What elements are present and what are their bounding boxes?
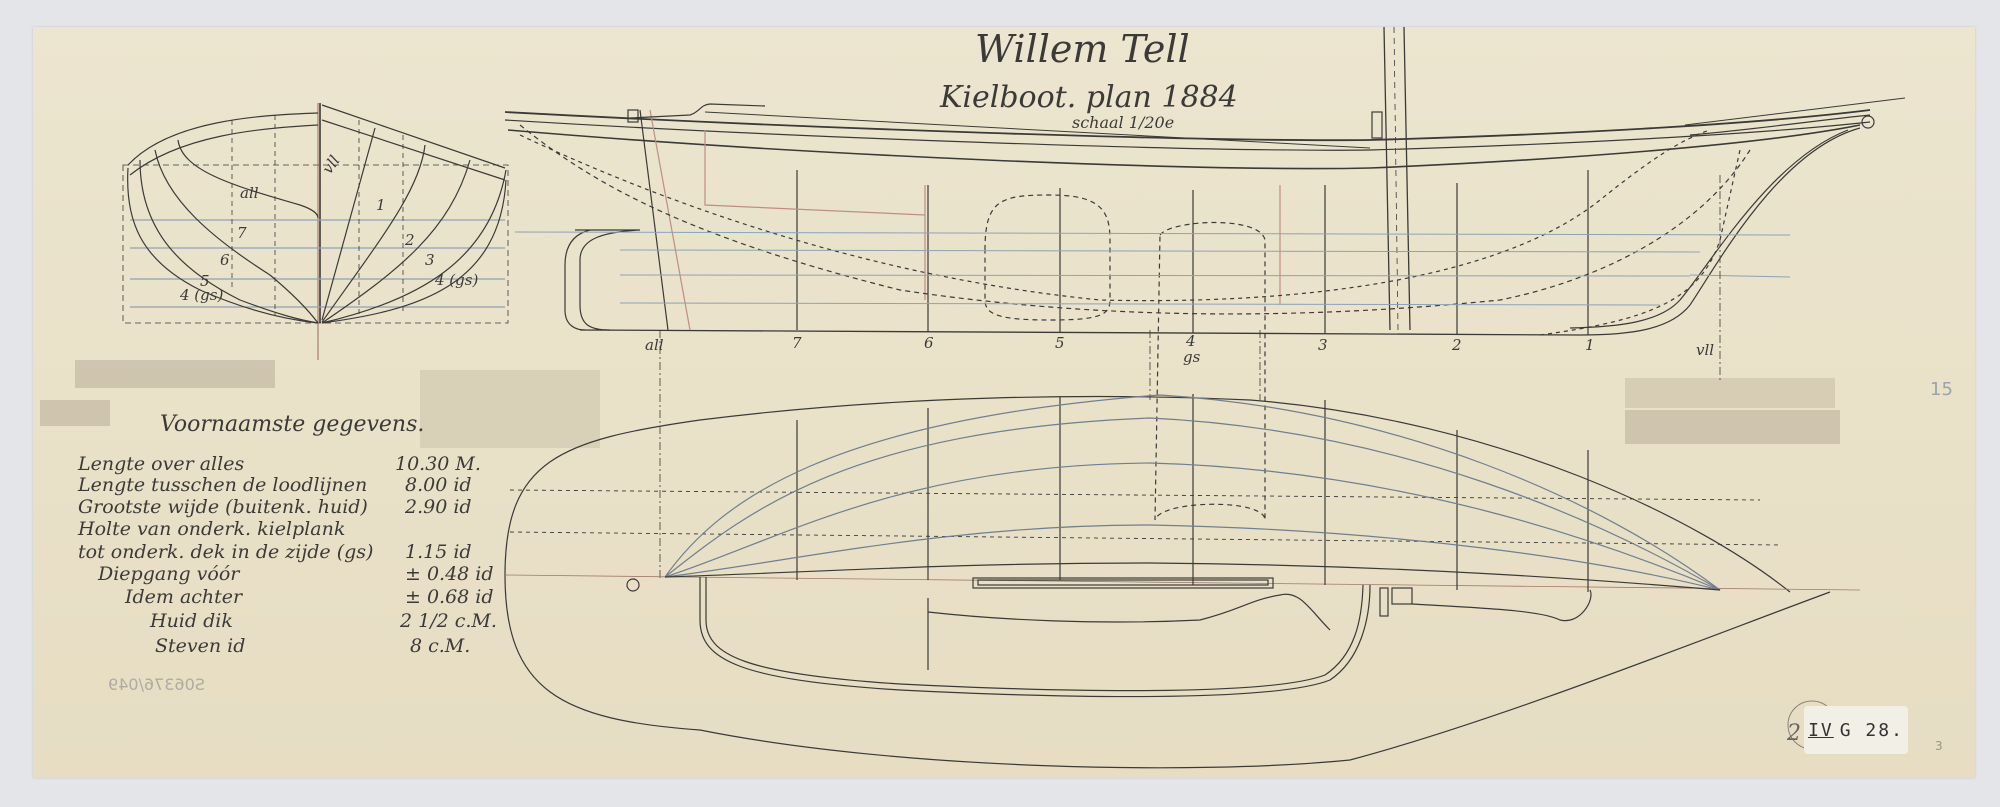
waterlines xyxy=(515,232,1790,305)
spec-label: Lengte over alles xyxy=(77,453,244,475)
spec-value: ± 0.68 id xyxy=(405,586,494,608)
catalog-label: IV G 28. xyxy=(1804,706,1908,754)
spec-label: Diepgang vóór xyxy=(97,563,241,585)
plan-title: Willem Tell xyxy=(975,27,1190,71)
station-label-5: 5 xyxy=(1055,334,1065,352)
spec-label: Idem achter xyxy=(124,586,244,608)
spec-label: Huid dik xyxy=(149,610,233,632)
plan-subtitle: Kielboot. plan 1884 xyxy=(939,80,1238,115)
body-plan xyxy=(123,103,508,360)
station-label-6: 6 xyxy=(924,334,934,352)
spec-label: tot onderk. dek in de zijde (gs) xyxy=(78,541,373,563)
specs-table: Lengte over alles 10.30 M. Lengte tussch… xyxy=(77,453,497,657)
station-label-2: 2 xyxy=(1451,336,1462,354)
body-label-7: 7 xyxy=(237,224,247,242)
body-label-2: 2 xyxy=(404,231,415,249)
station-label-7: 7 xyxy=(792,334,802,352)
specs-heading: Voornaamste gegevens. xyxy=(160,412,424,437)
body-label-1: 1 xyxy=(376,196,386,214)
catalog-roman: IV xyxy=(1808,720,1834,741)
plan-scale: schaal 1/20e xyxy=(1072,113,1174,132)
corner-number: 3 xyxy=(1935,739,1943,753)
station-label-1: 1 xyxy=(1585,336,1595,354)
station-label-3: 3 xyxy=(1318,336,1328,354)
margin-number: 15 xyxy=(1930,379,1953,400)
spec-value: 2 1/2 c.M. xyxy=(399,610,497,632)
body-label-4gs-aft: 4 (gs) xyxy=(179,286,223,304)
spec-value: 10.30 M. xyxy=(395,453,481,475)
catalog-code: G 28. xyxy=(1840,720,1904,741)
station-label-midship: gs xyxy=(1183,348,1201,366)
station-label-fwd-perp: vll xyxy=(1696,341,1714,359)
spec-label: Steven id xyxy=(155,635,245,657)
spec-value: 1.15 id xyxy=(405,541,472,563)
spec-label: Lengte tusschen de loodlijnen xyxy=(77,474,367,496)
ship-plan-drawing: Willem Tell Kielboot. plan 1884 schaal 1… xyxy=(0,0,2000,807)
circled-number: 2 xyxy=(1786,721,1801,746)
body-label-3: 3 xyxy=(425,251,435,269)
body-label-4gs-fwd: 4 (gs) xyxy=(434,271,478,289)
body-label-aft-perp: all xyxy=(240,184,259,202)
body-label-fwd-perp: vll xyxy=(319,152,344,177)
station-label-aft-perp: all xyxy=(645,336,664,354)
spec-label: Grootste wijde (buitenk. huid) xyxy=(78,496,368,518)
spec-value: 2.90 id xyxy=(404,496,472,518)
spec-value: ± 0.48 id xyxy=(405,563,494,585)
body-label-6: 6 xyxy=(220,251,230,269)
spec-value: 8 c.M. xyxy=(410,635,470,657)
faded-stamp: S06376/049 xyxy=(108,675,205,694)
spec-value: 8.00 id xyxy=(405,474,472,496)
half-breadth-plan xyxy=(505,394,1860,768)
spec-label: Holte van onderk. kielplank xyxy=(77,518,345,540)
